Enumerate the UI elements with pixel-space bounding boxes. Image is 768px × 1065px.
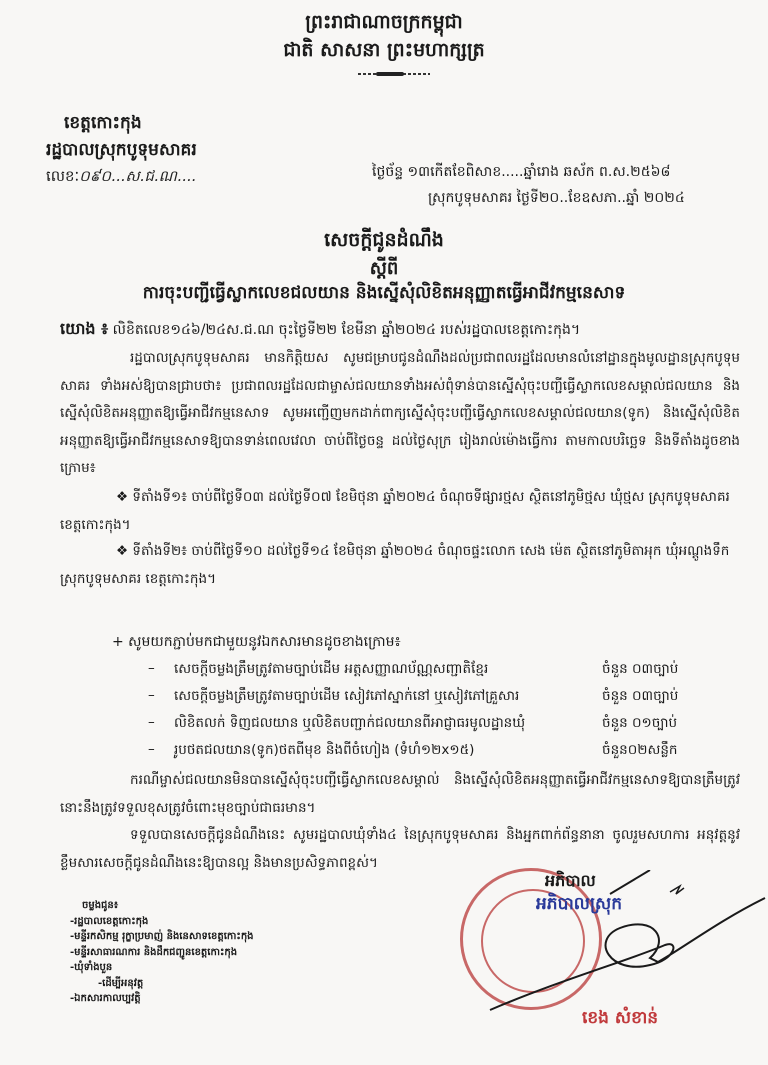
reference-line: យោង ៖ លិខិតលេខ១៤៦/២៤ស.ជ.ណ ចុះថ្ងៃទី២២ ខែ… (60, 318, 580, 342)
attachment-item: សេចក្តីចម្លងត្រឹមត្រូវតាមច្បាប់ដើម អត្តស… (174, 660, 488, 680)
attachment-quantity: ចំនួន០២សន្លឹក (602, 741, 677, 761)
attachment-item: សេចក្តីចម្លងត្រឹមត្រូវតាមច្បាប់ដើម សៀវភៅ… (174, 687, 519, 707)
attachment-row: – រូបថតជលយាន(ទូក)ថតពីមុខ និងពីចំហៀង (ទំហ… (126, 741, 726, 767)
recipient-item: -ឯកសារកាលប្បវត្តិ (70, 991, 254, 1007)
header-divider-ornament (376, 72, 404, 76)
sender-district: រដ្ឋបាលស្រុកបូទុមសាគរ (46, 139, 197, 164)
body-paragraph-2: ករណីម្ចាស់ជលយានមិនបានស្នើសុំចុះបញ្ជីធ្វើ… (60, 767, 740, 822)
about-label: ស្តីពី (0, 256, 768, 283)
recipients-list: ចម្លងជូន៖ -រដ្ឋបាលខេត្តកោះកុង -មន្ទីរកសិ… (70, 898, 254, 1007)
reference-text: លិខិតលេខ១៤៦/២៤ស.ជ.ណ ចុះថ្ងៃទី២២ ខែមីនា ឆ… (113, 322, 581, 338)
list-dash: – (148, 714, 155, 730)
lunar-date: ថ្ងៃច័ន្ទ ១៣កើតខែពិសាខ.....ឆ្នាំរោង ឆស័ក… (372, 162, 670, 183)
national-motto: ជាតិ សាសនា ព្រះមហាក្សត្រ (0, 38, 768, 66)
document-type-title: សេចក្តីជូនដំណឹង (0, 228, 768, 256)
document-subject: ការចុះបញ្ជីធ្វើស្លាកលេខជលយាន និងស្នើសុំល… (0, 282, 768, 307)
list-dash: – (148, 660, 155, 676)
kingdom-header: ព្រះរាជាណាចក្រកម្ពុជា (0, 10, 768, 38)
attachments-heading: + សូមយកភ្ជាប់មកជាមួយនូវឯកសារមានដូចខាងក្រ… (112, 632, 401, 653)
attachment-quantity: ចំនួន ០៣ច្បាប់ (602, 687, 678, 707)
location-item-1: ❖ ទីតាំងទី១៖ ចាប់ពីថ្ងៃទី០៣ ដល់ថ្ងៃទី០៧ … (60, 484, 740, 539)
reference-number-label: លេខៈ (46, 167, 79, 185)
recipient-item: -មន្ទីរសាធារណការ និងដឹកជញ្ជូនខេត្តកោះកុង (70, 945, 254, 961)
list-dash: – (148, 687, 155, 703)
attachment-row: – សេចក្តីចម្លងត្រឹមត្រូវតាមច្បាប់ដើម អត្… (126, 660, 726, 686)
handwritten-signature-icon (480, 870, 768, 1020)
attachment-quantity: ចំនួន ០៣ច្បាប់ (602, 660, 678, 680)
recipients-heading: ចម្លងជូន៖ (82, 898, 254, 914)
body-paragraph-1: រដ្ឋបាលស្រុកបូទុមសាគរ មានកិត្តិយស សូមជម្… (60, 345, 740, 483)
reference-label: យោង ៖ (60, 319, 108, 338)
attachment-item: រូបថតជលយាន(ទូក)ថតពីមុខ និងពីចំហៀង (ទំហំ១… (174, 741, 474, 761)
signatory-name: ខេង សំខាន់ (582, 1007, 658, 1032)
reference-number: លេខៈ០៩០...ស.ជ.ណ.... (46, 167, 196, 189)
sender-province: ខេត្តកោះកុង (64, 112, 142, 137)
recipient-item: -មន្ទីរកសិកម្ម រុក្ខាប្រមាញ់ និងនេសាទខេត… (70, 929, 254, 945)
body-paragraph-3: ទទួលបានសេចក្តីជូនដំណឹងនេះ សូមរដ្ឋបាលឃុំទ… (60, 822, 740, 877)
recipient-item: -ឃុំទាំងបួន (70, 960, 254, 976)
location-item-2: ❖ ទីតាំងទី២៖ ចាប់ពីថ្ងៃទី១០ ដល់ថ្ងៃទី១៤ … (60, 538, 740, 593)
solar-date: ស្រុកបូទុមសាគរ ថ្ងៃទី២០..ខែឧសភា..ឆ្នាំ ២… (428, 188, 685, 209)
attachment-item: លិខិតលក់ ទិញជលយាន ឬលិខិតបញ្ជាក់ជលយានពីអា… (174, 714, 525, 734)
recipient-item: -រដ្ឋបាលខេត្តកោះកុង (70, 914, 254, 930)
attachment-quantity: ចំនួន ០១ច្បាប់ (602, 714, 677, 734)
reference-number-value: ០៩០...ស.ជ.ណ.... (79, 167, 196, 185)
document-page: ព្រះរាជាណាចក្រកម្ពុជា ជាតិ សាសនា ព្រះមហា… (0, 0, 768, 1065)
recipient-item: -ដើម្បីអនុវត្ត (98, 976, 254, 992)
list-dash: – (148, 741, 155, 757)
attachment-row: – លិខិតលក់ ទិញជលយាន ឬលិខិតបញ្ជាក់ជលយានពី… (126, 714, 726, 740)
attachment-row: – សេចក្តីចម្លងត្រឹមត្រូវតាមច្បាប់ដើម សៀវ… (126, 687, 726, 713)
